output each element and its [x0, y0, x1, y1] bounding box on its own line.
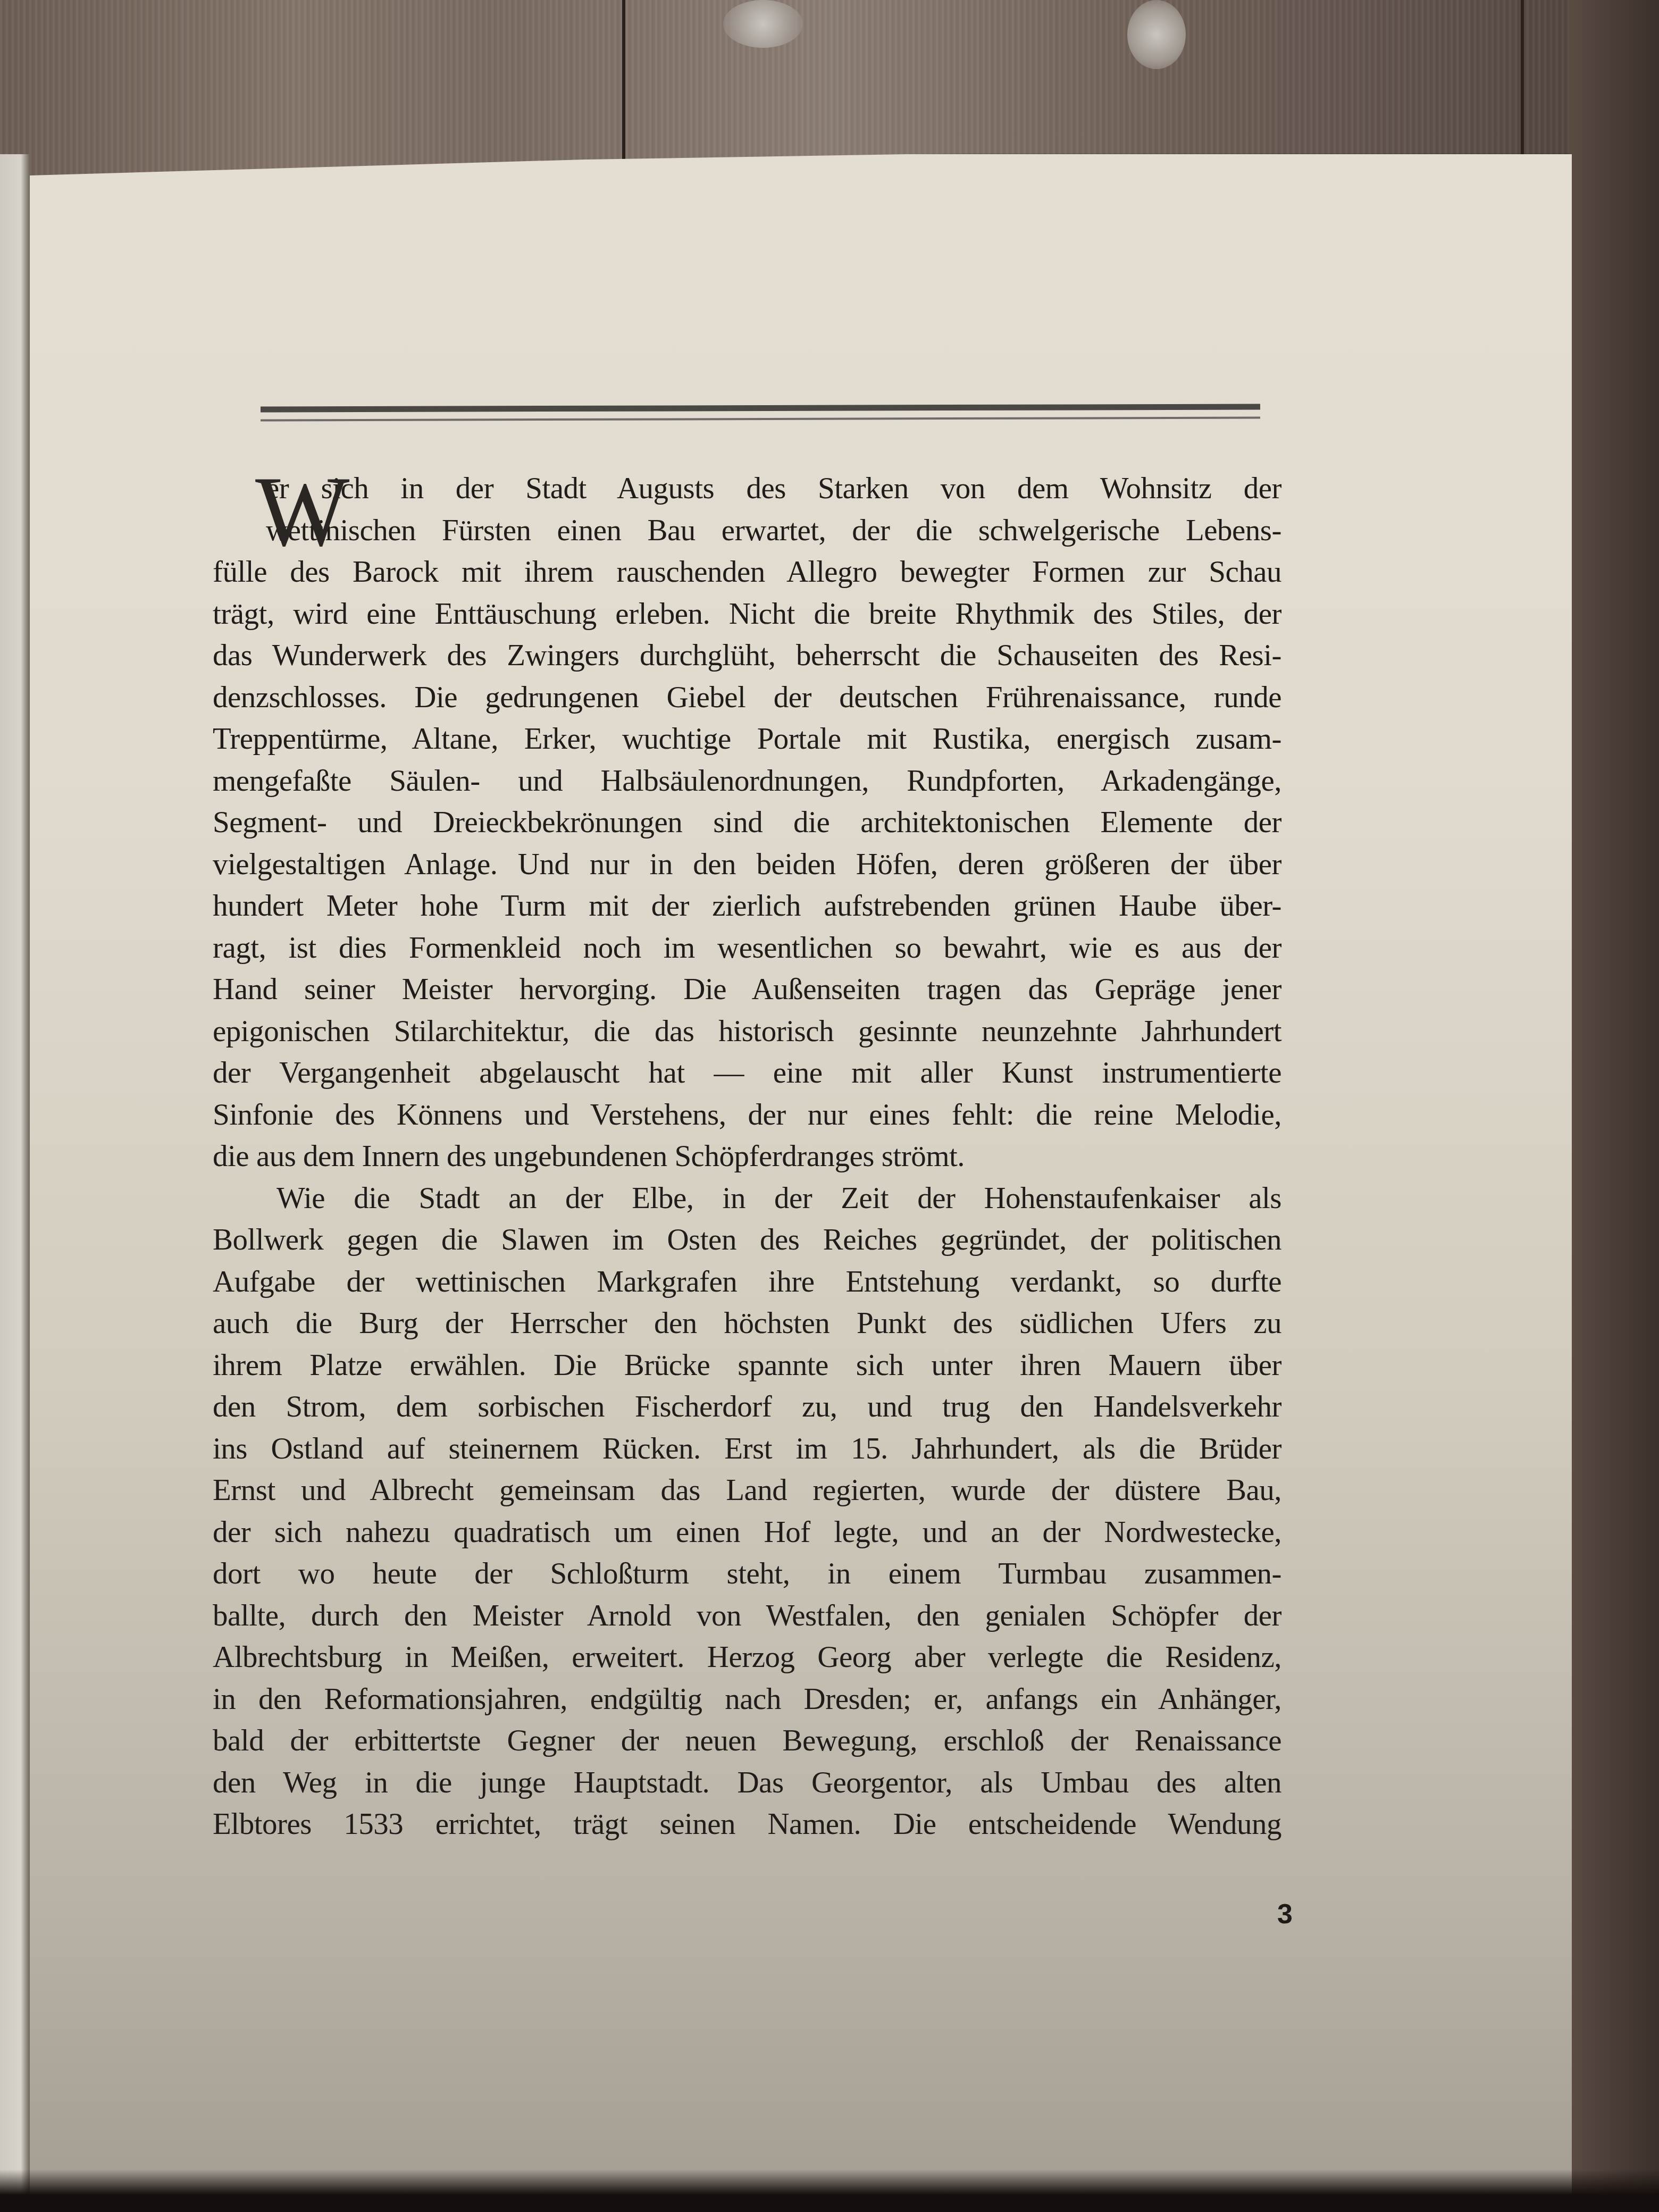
text-line: Hand seiner Meister hervorging. Die Auße…	[213, 969, 1281, 1011]
facing-page-edge	[0, 154, 30, 2212]
text-line: in den Reformationsjahren, endgültig nac…	[213, 1679, 1281, 1721]
wood-plank-gap	[1521, 0, 1524, 181]
text-line: er sich in der Stadt Augusts des Starken…	[213, 468, 1281, 510]
text-line: bald der erbittertste Gegner der neuen B…	[213, 1720, 1281, 1762]
text-line: Aufgabe der wettinischen Markgrafen ihre…	[213, 1261, 1281, 1303]
text-line: Albrechtsburg in Meißen, erweitert. Herz…	[213, 1637, 1281, 1679]
drop-cap: W	[255, 462, 349, 562]
text-line: die aus dem Innern des ungebundenen Schö…	[213, 1136, 1281, 1178]
text-line: den Strom, dem sorbischen Fischerdorf zu…	[213, 1386, 1281, 1428]
text-line: hundert Meter hohe Turm mit der zierlich…	[213, 885, 1281, 927]
text-line: Elbtores 1533 errichtet, trägt seinen Na…	[213, 1804, 1281, 1846]
body-text: W er sich in der Stadt Augusts des Stark…	[213, 468, 1281, 1846]
text-line: Treppentürme, Altane, Erker, wuchtige Po…	[213, 718, 1281, 760]
text-line: Bollwerk gegen die Slawen im Osten des R…	[213, 1219, 1281, 1261]
text-line: Ernst und Albrecht gemeinsam das Land re…	[213, 1470, 1281, 1512]
text-line: der Vergangenheit abgelauscht hat — eine…	[213, 1052, 1281, 1094]
text-line: ihrem Platze erwählen. Die Brücke spannt…	[213, 1345, 1281, 1387]
bottom-shadow	[0, 2169, 1659, 2212]
wood-plank-gap	[622, 0, 625, 181]
text-line: der sich nahezu quadratisch um einen Hof…	[213, 1512, 1281, 1554]
text-line: Segment- und Dreieckbekrönungen sind die…	[213, 802, 1281, 844]
text-line: vielgestaltigen Anlage. Und nur in den b…	[213, 844, 1281, 886]
table-edge-right	[1569, 0, 1659, 2212]
text-line: das Wunderwerk des Zwingers durchglüht, …	[213, 635, 1281, 677]
paragraph-2: Wie die Stadt an der Elbe, in der Zeit d…	[213, 1178, 1281, 1846]
paragraph-1: er sich in der Stadt Augusts des Starken…	[213, 468, 1281, 1178]
text-line: trägt, wird eine Enttäuschung erleben. N…	[213, 593, 1281, 635]
text-line: ragt, ist dies Formenkleid noch im wesen…	[213, 927, 1281, 969]
text-line: fülle des Barock mit ihrem rauschenden A…	[213, 551, 1281, 593]
wood-knot	[1127, 0, 1186, 69]
text-line: Sinfonie des Könnens und Verstehens, der…	[213, 1094, 1281, 1136]
text-line: den Weg in die junge Hauptstadt. Das Geo…	[213, 1762, 1281, 1804]
text-line: ballte, durch den Meister Arnold von Wes…	[213, 1595, 1281, 1637]
page-number: 3	[1277, 1898, 1293, 1930]
text-line: wettinischen Fürsten einen Bau erwartet,…	[213, 510, 1281, 552]
text-line: ins Ostland auf steinernem Rücken. Erst …	[213, 1428, 1281, 1470]
text-line: dort wo heute der Schloßturm steht, in e…	[213, 1553, 1281, 1595]
text-line: epigonischen Stilarchitektur, die das hi…	[213, 1011, 1281, 1053]
text-line: Wie die Stadt an der Elbe, in der Zeit d…	[213, 1178, 1281, 1220]
text-line: denzschlosses. Die gedrungenen Giebel de…	[213, 677, 1281, 719]
text-line: mengefaßte Säulen- und Halbsäulenordnung…	[213, 760, 1281, 802]
text-line: auch die Burg der Herrscher den höchsten…	[213, 1303, 1281, 1345]
wood-knot	[723, 0, 803, 48]
